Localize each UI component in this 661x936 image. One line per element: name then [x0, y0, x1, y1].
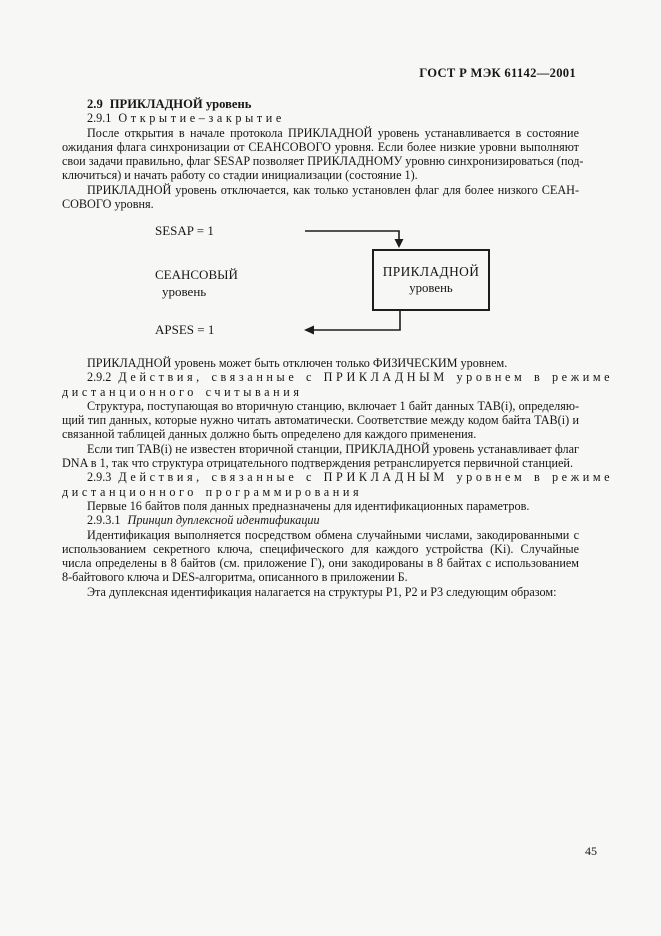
diagram-label-apses: APSES = 1: [155, 323, 214, 337]
flow-arrow-left: [314, 309, 400, 330]
section-title: Принцип дуплексной идентификации: [128, 513, 320, 527]
flow-arrow-down: [305, 231, 399, 241]
text-line: щий тип данных, которые нужно читать авт…: [62, 413, 579, 427]
section-number: 2.9.1: [87, 111, 111, 125]
arrowhead-left-icon: [304, 326, 314, 335]
text-line: Эта дуплексная идентификация налагается …: [62, 585, 579, 599]
subsection-heading-2-9-2-cont: дистанционного считывания: [62, 385, 579, 399]
section-heading-2-9: 2.9ПРИКЛАДНОЙ уровень: [62, 97, 579, 111]
text-line: связанной таблицей данных должно быть оп…: [62, 427, 579, 441]
text-line: DNA в 1, так что структура отрицательног…: [62, 456, 579, 470]
diagram-label-session-level: СЕАНСОВЫЙ: [155, 268, 238, 282]
box-title: ПРИКЛАДНОЙ: [383, 264, 480, 280]
subsection-heading-2-9-2: 2.9.2Действия, связанные с ПРИКЛАДНЫМ ур…: [62, 370, 579, 384]
section-title: ПРИКЛАДНОЙ уровень: [110, 97, 252, 111]
text-line: ПРИКЛАДНОЙ уровень может быть отключен т…: [62, 356, 579, 370]
document-page: ГОСТ Р МЭК 61142—2001 2.9ПРИКЛАДНОЙ уров…: [0, 0, 661, 936]
text-line: Первые 16 байтов поля данных предназначе…: [62, 499, 579, 513]
text-line: СОВОГО уровня.: [62, 197, 579, 211]
subsection-heading-2-9-3: 2.9.3Действия, связанные с ПРИКЛАДНЫМ ур…: [62, 470, 579, 484]
section-number: 2.9: [87, 97, 103, 111]
document-header: ГОСТ Р МЭК 61142—2001: [0, 66, 576, 81]
box-subtitle: уровень: [409, 281, 453, 296]
arrowhead-down-icon: [395, 239, 404, 248]
subsection-heading-2-9-3-cont: дистанционного программирования: [62, 485, 579, 499]
section-number: 2.9.2: [87, 370, 111, 384]
text-block-top: 2.9ПРИКЛАДНОЙ уровень 2.9.1Открытие–закр…: [62, 97, 579, 211]
text-line: ключиться) и начать работу со стадии ини…: [62, 168, 579, 182]
section-number: 2.9.3.1: [87, 513, 121, 527]
subsection-heading-2-9-1: 2.9.1Открытие–закрытие: [62, 111, 579, 125]
diagram-label-session-level-sub: уровень: [162, 285, 206, 299]
text-line: Если тип TAB(i) не известен вторичной ст…: [62, 442, 579, 456]
application-level-box: ПРИКЛАДНОЙ уровень: [372, 249, 490, 311]
section-title: Действия, связанные с ПРИКЛАДНЫМ уровнем…: [118, 370, 613, 384]
text-line: числа определены в 8 байтов (см. приложе…: [62, 556, 579, 570]
section-number: 2.9.3: [87, 470, 111, 484]
text-line: использованием секретного ключа, специфи…: [62, 542, 579, 556]
text-line: Идентификация выполняется посредством об…: [62, 528, 579, 542]
text-line: ожидания флага синхронизации от СЕАНСОВО…: [62, 140, 579, 154]
text-line: После открытия в начале протокола ПРИКЛА…: [62, 126, 579, 140]
section-title: Действия, связанные с ПРИКЛАДНЫМ уровнем…: [118, 470, 613, 484]
text-line: 8-байтового ключа и DES-алгоритма, описа…: [62, 570, 579, 584]
text-line: Структура, поступающая во вторичную стан…: [62, 399, 579, 413]
section-title: Открытие–закрытие: [118, 111, 285, 125]
text-line: свои задачи правильно, флаг SESAP позвол…: [62, 154, 579, 168]
flow-diagram: SESAP = 1 СЕАНСОВЫЙ уровень APSES = 1 ПР…: [62, 218, 579, 350]
diagram-arrows: [62, 218, 579, 350]
page-number: 45: [585, 844, 597, 859]
text-line: ПРИКЛАДНОЙ уровень отключается, как толь…: [62, 183, 579, 197]
diagram-label-sesap: SESAP = 1: [155, 224, 214, 238]
subsection-heading-2-9-3-1: 2.9.3.1Принцип дуплексной идентификации: [62, 513, 579, 527]
text-block-bottom: ПРИКЛАДНОЙ уровень может быть отключен т…: [62, 356, 579, 599]
